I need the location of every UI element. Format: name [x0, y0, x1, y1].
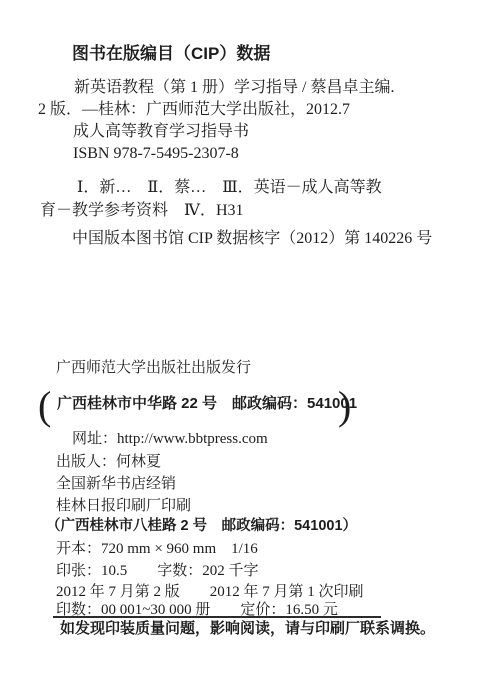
cip-description-line2: 2 版．—桂林：广西师范大学出版社，2012.7	[38, 100, 350, 120]
footer-quality-note: 如发现印装质量问题，影响阅读，请与印刷厂联系调换。	[60, 620, 435, 639]
book-copyright-page: 图书在版编目（CIP）数据 新英语教程（第 1 册）学习指导 / 蔡昌卓主编. …	[0, 0, 500, 687]
cip-description-line1: 新英语教程（第 1 册）学习指导 / 蔡昌卓主编.	[74, 78, 394, 98]
cip-series-note: 成人高等教育学习指导书	[73, 122, 249, 142]
website-line: 网址：http://www.bbtpress.com	[72, 430, 268, 449]
format-line: 开本：720 mm × 960 mm 1/16	[56, 540, 258, 559]
footer-divider-rule	[53, 616, 381, 618]
address2-line: （广西桂林市八桂路 2 号 邮政编码：541001）	[46, 517, 357, 535]
edition-line: 2012 年 7 月第 2 版 2012 年 7 月第 1 次印刷	[56, 583, 364, 602]
distribution-line: 全国新华书店经销	[56, 475, 176, 494]
cip-classification-line2: 育－教学参考资料 Ⅳ．H31	[40, 201, 244, 221]
printer-line: 桂林日报印刷厂印刷	[56, 497, 191, 516]
address1-text: 广西桂林市中华路 22 号 邮政编码：541001	[57, 395, 357, 414]
address1-close-paren: )	[338, 386, 351, 426]
cip-heading: 图书在版编目（CIP）数据	[72, 43, 270, 64]
cip-registry-line: 中国版本图书馆 CIP 数据核字（2012）第 140226 号	[72, 229, 432, 249]
sheets-words-line: 印张：10.5 字数：202 千字	[56, 562, 259, 581]
address1-open-paren: (	[38, 386, 51, 426]
cip-classification-line1: Ⅰ．新… Ⅱ．蔡… Ⅲ．英语－成人高等教	[77, 178, 382, 198]
publisher-person-line: 出版人：何林夏	[56, 453, 161, 472]
publisher-line: 广西师范大学出版社出版发行	[56, 359, 251, 378]
cip-isbn: ISBN 978-7-5495-2307-8	[73, 144, 239, 164]
